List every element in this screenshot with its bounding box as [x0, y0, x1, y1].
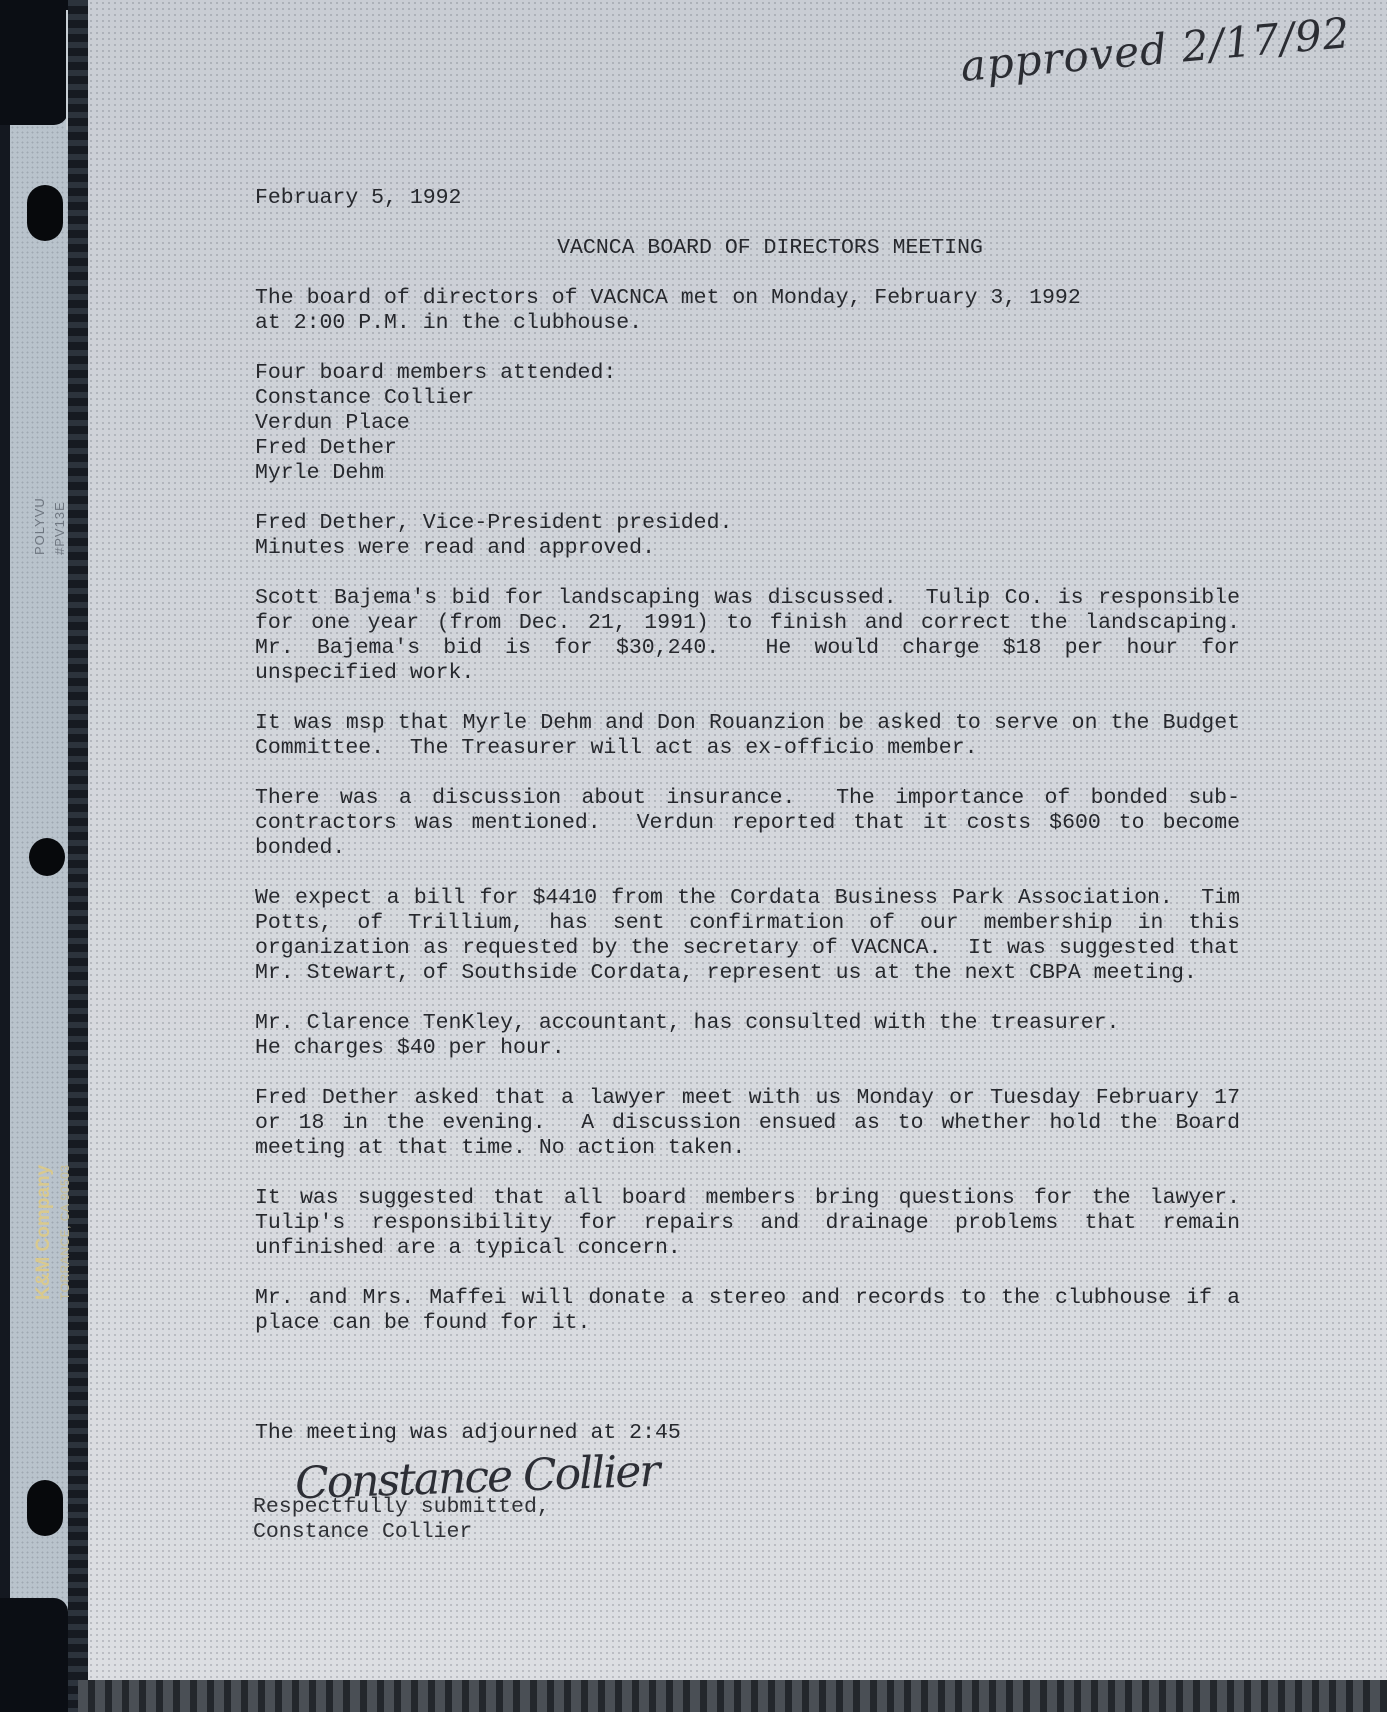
document-date: February 5, 1992 [255, 186, 1240, 211]
closing-phrase: Respectfully submitted, [253, 1495, 550, 1520]
binder-corner-bottom [0, 1598, 68, 1712]
paragraph-insurance: There was a discussion about insurance. … [255, 786, 1240, 861]
paragraph-lawyer-meeting: Fred Dether asked that a lawyer meet wit… [255, 1086, 1240, 1161]
paragraph-cbpa: We expect a bill for $4410 from the Cord… [255, 886, 1240, 986]
paragraph-attendees: Four board members attended: Constance C… [255, 361, 1240, 486]
sign-off: Respectfully submitted, Constance Collie… [253, 1495, 550, 1545]
binder-edge [0, 125, 10, 1598]
adjournment-line: The meeting was adjourned at 2:45 [255, 1421, 681, 1446]
protector-bottom-edge [78, 1680, 1387, 1712]
punch-hole-top [27, 185, 63, 241]
paragraph-budget-committee: It was msp that Myrle Dehm and Don Rouan… [255, 711, 1240, 761]
paragraph-presiding: Fred Dether, Vice-President presided. Mi… [255, 511, 1240, 561]
punch-hole-bottom [27, 1480, 63, 1536]
binder-corner-top [0, 0, 68, 125]
paragraph-donation: Mr. and Mrs. Maffei will donate a stereo… [255, 1286, 1240, 1336]
binder-rail-highlight [66, 10, 68, 130]
protector-brand-text: POLYVU [32, 497, 47, 555]
meeting-minutes: February 5, 1992 VACNCA BOARD OF DIRECTO… [255, 186, 1240, 1361]
document-title: VACNCA BOARD OF DIRECTORS MEETING [255, 236, 1240, 261]
protector-model-text: #PV13E [52, 501, 67, 555]
author-name: Constance Collier [253, 1520, 550, 1545]
paragraph-accountant: Mr. Clarence TenKley, accountant, has co… [255, 1011, 1240, 1061]
paragraph-lawyer-questions: It was suggested that all board members … [255, 1186, 1240, 1261]
binder-rail [68, 0, 88, 1712]
manufacturer-brand: K&M Company [33, 1165, 55, 1300]
paragraph-landscaping: Scott Bajema's bid for landscaping was d… [255, 586, 1240, 686]
manufacturer-location: TORRANCE, CA 90503 [58, 1165, 72, 1301]
punch-hole-middle [29, 838, 65, 876]
paragraph-meeting-info: The board of directors of VACNCA met on … [255, 286, 1240, 336]
